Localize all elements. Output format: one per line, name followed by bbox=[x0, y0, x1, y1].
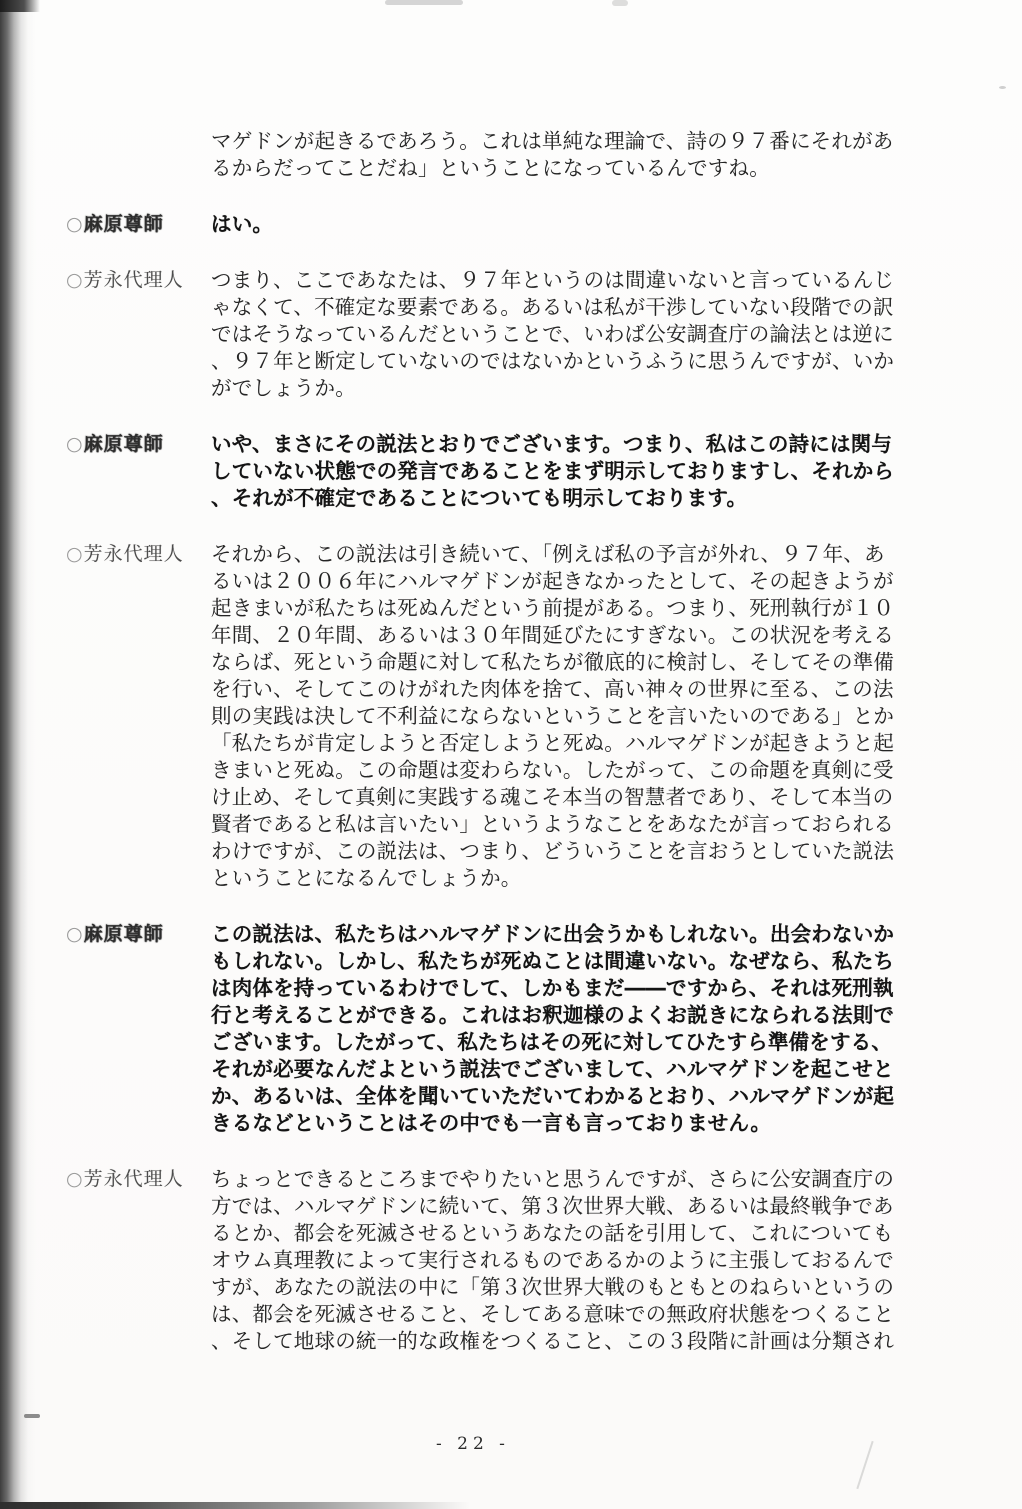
speaker-circle-marker: ○ bbox=[66, 923, 84, 945]
speech-blocks: ○麻原尊師 はい。 ○芳永代理人 つまり、ここであなたは、９７年というのは間違い… bbox=[0, 211, 1022, 1355]
paragraph-lines: はい。 bbox=[211, 211, 1022, 238]
transcript-line: ならば、死という命題に対して私たちが徹底的に検討し、そしてその準備 bbox=[211, 649, 1022, 676]
transcript-line: この説法は、私たちはハルマゲドンに出会うかもしれない。出会わないか bbox=[211, 921, 1022, 948]
transcript-line: 則の実践は決して不利益にならないということを言いたいのである」とか bbox=[211, 703, 1022, 730]
transcript-line: つまり、ここであなたは、９７年というのは間違いないと言っているんじ bbox=[211, 267, 1022, 294]
speaker-label: ○麻原尊師 bbox=[66, 921, 211, 948]
transcript-line: 、９７年と断定していないのではないかというふうに思うんですが、いか bbox=[211, 348, 1022, 375]
scan-top-smudge bbox=[385, 0, 463, 5]
scan-top-smudge bbox=[612, 0, 628, 6]
speech-block: ○麻原尊師 この説法は、私たちはハルマゲドンに出会うかもしれない。出会わないかも… bbox=[0, 921, 1022, 1137]
transcript-line: きまいと死ぬ。この命題は変わらない。したがって、この命題を真剣に受 bbox=[211, 757, 1022, 784]
transcript-line: は、都会を死滅させること、そしてある意味での無政府状態をつくること bbox=[211, 1301, 1022, 1328]
page-number: - 22 - bbox=[436, 1434, 510, 1454]
transcript-line: ではそうなっているんだということで、いわば公安調査庁の論法とは逆に bbox=[211, 321, 1022, 348]
transcript-line: るいは２００６年にハルマゲドンが起きなかったとして、その起きようが bbox=[211, 568, 1022, 595]
speech-block: ○芳永代理人 ちょっとできるところまでやりたいと思うんですが、さらに公安調査庁の… bbox=[0, 1166, 1022, 1355]
transcript-line: 「私たちが肯定しようと否定しようと死ぬ。ハルマゲドンが起きようと起 bbox=[211, 730, 1022, 757]
speaker-circle-marker: ○ bbox=[66, 543, 84, 565]
speaker-name: 麻原尊師 bbox=[84, 433, 164, 455]
speaker-name: 芳永代理人 bbox=[84, 1168, 184, 1190]
paragraph-lines: マゲドンが起きるであろう。これは単純な理論で、詩の９７番にそれがあるからだってこ… bbox=[211, 128, 1022, 182]
continuation-paragraph: マゲドンが起きるであろう。これは単純な理論で、詩の９７番にそれがあるからだってこ… bbox=[0, 128, 1022, 182]
transcript-line: 行と考えることができる。これはお釈迦様のよくお説きになられる法則で bbox=[211, 1002, 1022, 1029]
scan-spine-top-notch bbox=[0, 0, 40, 12]
scanned-transcript-page: マゲドンが起きるであろう。これは単純な理論で、詩の９７番にそれがあるからだってこ… bbox=[0, 0, 1022, 1509]
transcript-line: を行い、そしてこのけがれた肉体を捨て、高い神々の世界に至る、この法 bbox=[211, 676, 1022, 703]
speech-block: ○芳永代理人 つまり、ここであなたは、９７年というのは間違いないと言っているんじ… bbox=[0, 267, 1022, 402]
speaker-label: ○芳永代理人 bbox=[66, 267, 211, 294]
speaker-circle-marker: ○ bbox=[66, 433, 84, 455]
transcript-line: はい。 bbox=[211, 211, 1022, 238]
transcript-line: 年間、２０年間、あるいは３０年間延びたにすぎない。この状況を考える bbox=[211, 622, 1022, 649]
transcript-line: るとか、都会を死滅させるというあなたの話を引用して、これについても bbox=[211, 1220, 1022, 1247]
transcript-line: きるなどということはその中でも一言も言っておりません。 bbox=[211, 1110, 1022, 1137]
transcript-line: それから、この説法は引き続いて、「例えば私の予言が外れ、９７年、あ bbox=[211, 541, 1022, 568]
transcript-line: していない状態での発言であることをまず明示しておりますし、それから bbox=[211, 458, 1022, 485]
transcript-content: マゲドンが起きるであろう。これは単純な理論で、詩の９７番にそれがあるからだってこ… bbox=[0, 128, 1022, 1384]
transcript-line: け止め、そして真剣に実践する魂こそ本当の智慧者であり、そして本当の bbox=[211, 784, 1022, 811]
speaker-circle-marker: ○ bbox=[66, 213, 84, 235]
transcript-line: それが必要なんだよという説法でございまして、ハルマゲドンを起こせと bbox=[211, 1056, 1022, 1083]
transcript-line: か、あるいは、全体を聞いていただいてわかるとおり、ハルマゲドンが起 bbox=[211, 1083, 1022, 1110]
transcript-line: オウム真理教によって実行されるものであるかのように主張しておるんで bbox=[211, 1247, 1022, 1274]
speech-block: ○麻原尊師 いや、まさにその説法とおりでございます。つまり、私はこの詩には関与し… bbox=[0, 431, 1022, 512]
speaker-name: 芳永代理人 bbox=[84, 269, 184, 291]
transcript-line: わけですが、この説法は、つまり、どういうことを言おうとしていた説法 bbox=[211, 838, 1022, 865]
paragraph-lines: ちょっとできるところまでやりたいと思うんですが、さらに公安調査庁の方では、ハルマ… bbox=[211, 1166, 1022, 1355]
transcript-line: ちょっとできるところまでやりたいと思うんですが、さらに公安調査庁の bbox=[211, 1166, 1022, 1193]
scan-speck bbox=[999, 86, 1006, 89]
scan-bottom-edge-line bbox=[0, 1502, 470, 1509]
speech-block: ○麻原尊師 はい。 bbox=[0, 211, 1022, 238]
transcript-line: いや、まさにその説法とおりでございます。つまり、私はこの詩には関与 bbox=[211, 431, 1022, 458]
transcript-line: がでしょうか。 bbox=[211, 375, 1022, 402]
transcript-line: 賢者であると私は言いたい」というようなことをあなたが言っておられる bbox=[211, 811, 1022, 838]
transcript-line: すが、あなたの説法の中に「第３次世界大戦のもともとのねらいというの bbox=[211, 1274, 1022, 1301]
speaker-circle-marker: ○ bbox=[66, 269, 84, 291]
transcript-line: もしれない。しかし、私たちが死ぬことは間違いない。なぜなら、私たち bbox=[211, 948, 1022, 975]
speaker-label: ○芳永代理人 bbox=[66, 541, 211, 568]
transcript-line: るからだってことだね」ということになっているんですね。 bbox=[211, 155, 1022, 182]
speaker-circle-marker: ○ bbox=[66, 1168, 84, 1190]
transcript-line: マゲドンが起きるであろう。これは単純な理論で、詩の９７番にそれがあ bbox=[211, 128, 1022, 155]
scan-scratch bbox=[856, 1441, 873, 1489]
transcript-line: 、それが不確定であることについても明示しております。 bbox=[211, 485, 1022, 512]
paragraph-lines: それから、この説法は引き続いて、「例えば私の予言が外れ、９７年、あるいは２００６… bbox=[211, 541, 1022, 892]
transcript-line: ということになるんでしょうか。 bbox=[211, 865, 1022, 892]
speaker-name: 麻原尊師 bbox=[84, 213, 164, 235]
speaker-name: 芳永代理人 bbox=[84, 543, 184, 565]
paragraph-lines: この説法は、私たちはハルマゲドンに出会うかもしれない。出会わないかもしれない。し… bbox=[211, 921, 1022, 1137]
transcript-line: ございます。したがって、私たちはその死に対してひたすら準備をする、 bbox=[211, 1029, 1022, 1056]
transcript-line: ゃなくて、不確定な要素である。あるいは私が干渉していない段階での訳 bbox=[211, 294, 1022, 321]
speaker-label: ○麻原尊師 bbox=[66, 211, 211, 238]
speaker-label: ○麻原尊師 bbox=[66, 431, 211, 458]
transcript-line: 起きまいが私たちは死ぬんだという前提がある。つまり、死刑執行が１０ bbox=[211, 595, 1022, 622]
paragraph-lines: いや、まさにその説法とおりでございます。つまり、私はこの詩には関与していない状態… bbox=[211, 431, 1022, 512]
transcript-line: は肉体を持っているわけでして、しかもまだ――ですから、それは死刑執 bbox=[211, 975, 1022, 1002]
paragraph-lines: つまり、ここであなたは、９７年というのは間違いないと言っているんじゃなくて、不確… bbox=[211, 267, 1022, 402]
scan-dash-mark bbox=[24, 1414, 40, 1418]
speaker-name: 麻原尊師 bbox=[84, 923, 164, 945]
transcript-line: 方では、ハルマゲドンに続いて、第３次世界大戦、あるいは最終戦争であ bbox=[211, 1193, 1022, 1220]
speech-block: ○芳永代理人 それから、この説法は引き続いて、「例えば私の予言が外れ、９７年、あ… bbox=[0, 541, 1022, 892]
transcript-line: 、そして地球の統一的な政権をつくること、この３段階に計画は分類され bbox=[211, 1328, 1022, 1355]
speaker-label: ○芳永代理人 bbox=[66, 1166, 211, 1193]
